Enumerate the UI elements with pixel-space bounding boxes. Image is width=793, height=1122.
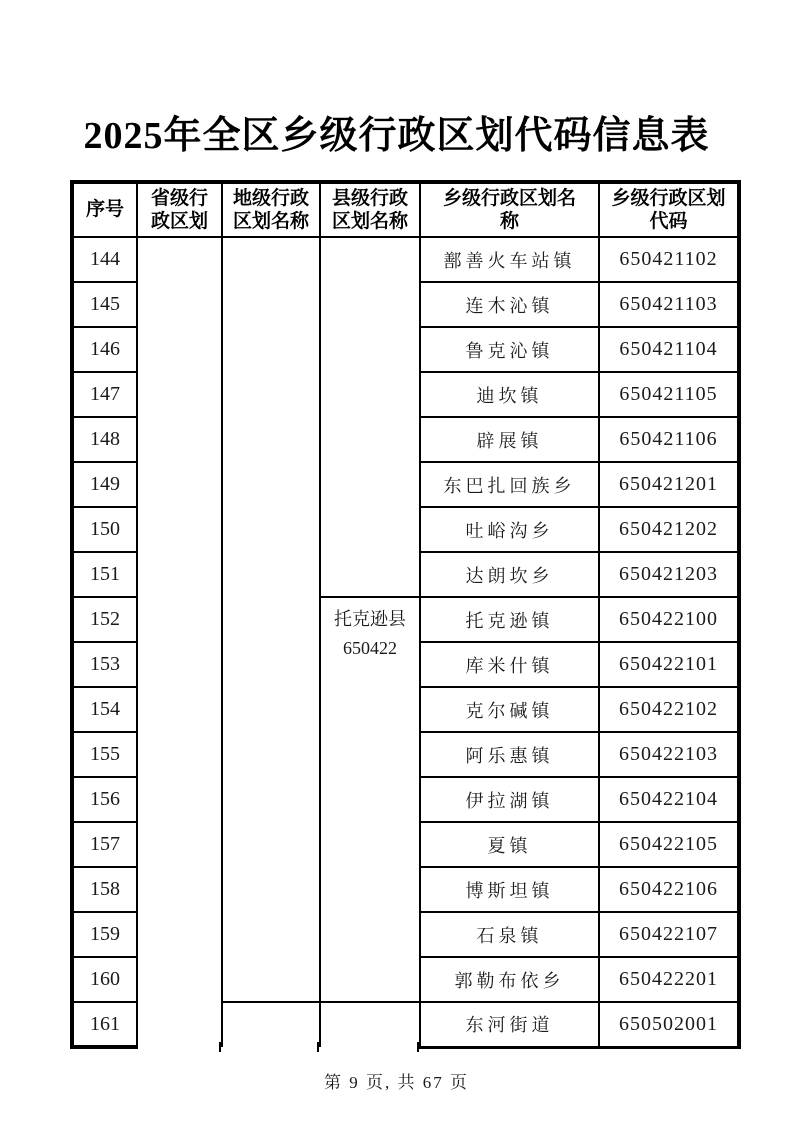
- serial-cell: 154: [72, 687, 137, 732]
- serial-cell: 155: [72, 732, 137, 777]
- table-row: 144鄯善火车站镇650421102: [72, 237, 739, 282]
- township-name-cell: 迪坎镇: [420, 372, 599, 417]
- serial-cell: 152: [72, 597, 137, 642]
- serial-cell: 153: [72, 642, 137, 687]
- township-code-cell: 650422105: [599, 822, 739, 867]
- serial-cell: 146: [72, 327, 137, 372]
- township-code-cell: 650422107: [599, 912, 739, 957]
- serial-cell: 160: [72, 957, 137, 1002]
- township-name-cell: 辟展镇: [420, 417, 599, 462]
- header-row: 序号 省级行 政区划 地级行政 区划名称 县级行政 区划名称 乡级行政区划名 称…: [72, 182, 739, 237]
- township-name-cell: 东巴扎回族乡: [420, 462, 599, 507]
- township-code-cell: 650421202: [599, 507, 739, 552]
- township-code-cell: 650421103: [599, 282, 739, 327]
- township-code-cell: 650421105: [599, 372, 739, 417]
- serial-cell: 144: [72, 237, 137, 282]
- division-table: 序号 省级行 政区划 地级行政 区划名称 县级行政 区划名称 乡级行政区划名 称…: [70, 180, 741, 1049]
- township-code-cell: 650422100: [599, 597, 739, 642]
- header-township-name: 乡级行政区划名 称: [420, 182, 599, 237]
- township-code-cell: 650422201: [599, 957, 739, 1002]
- document-page: 2025年全区乡级行政区划代码信息表 序号 省级行 政区划 地级行政 区划名称 …: [0, 0, 793, 1122]
- table-body: 144鄯善火车站镇650421102145连木沁镇650421103146鲁克沁…: [72, 237, 739, 1047]
- serial-cell: 148: [72, 417, 137, 462]
- prefecture-cell: [222, 237, 320, 1002]
- county-cell: 托克逊县650422: [320, 597, 420, 1002]
- pagebreak-line-stub: [219, 1042, 221, 1052]
- serial-cell: 161: [72, 1002, 137, 1047]
- township-code-cell: 650421102: [599, 237, 739, 282]
- township-code-cell: 650421104: [599, 327, 739, 372]
- township-name-cell: 鲁克沁镇: [420, 327, 599, 372]
- header-province: 省级行 政区划: [137, 182, 222, 237]
- county-cell-code: 650422: [321, 634, 419, 663]
- township-code-cell: 650422102: [599, 687, 739, 732]
- township-name-cell: 鄯善火车站镇: [420, 237, 599, 282]
- township-code-cell: 650421106: [599, 417, 739, 462]
- township-name-cell: 东河街道: [420, 1002, 599, 1047]
- province-cell: [137, 237, 222, 1047]
- table-header: 序号 省级行 政区划 地级行政 区划名称 县级行政 区划名称 乡级行政区划名 称…: [72, 182, 739, 237]
- township-name-cell: 伊拉湖镇: [420, 777, 599, 822]
- township-code-cell: 650422101: [599, 642, 739, 687]
- serial-cell: 147: [72, 372, 137, 417]
- serial-cell: 151: [72, 552, 137, 597]
- township-name-cell: 托克逊镇: [420, 597, 599, 642]
- pagebreak-line-stub: [417, 1042, 419, 1052]
- township-name-cell: 克尔碱镇: [420, 687, 599, 732]
- serial-cell: 157: [72, 822, 137, 867]
- serial-cell: 156: [72, 777, 137, 822]
- township-name-cell: 郭勒布依乡: [420, 957, 599, 1002]
- township-name-cell: 吐峪沟乡: [420, 507, 599, 552]
- township-code-cell: 650421201: [599, 462, 739, 507]
- township-code-cell: 650502001: [599, 1002, 739, 1047]
- township-name-cell: 阿乐惠镇: [420, 732, 599, 777]
- county-cell-label: 托克逊县: [321, 605, 419, 634]
- township-code-cell: 650422103: [599, 732, 739, 777]
- header-county: 县级行政 区划名称: [320, 182, 420, 237]
- serial-cell: 149: [72, 462, 137, 507]
- township-name-cell: 博斯坦镇: [420, 867, 599, 912]
- township-name-cell: 石泉镇: [420, 912, 599, 957]
- page-title: 2025年全区乡级行政区划代码信息表: [0, 104, 793, 159]
- township-code-cell: 650422104: [599, 777, 739, 822]
- township-name-cell: 库米什镇: [420, 642, 599, 687]
- township-code-cell: 650422106: [599, 867, 739, 912]
- township-name-cell: 夏镇: [420, 822, 599, 867]
- division-table-wrap: 序号 省级行 政区划 地级行政 区划名称 县级行政 区划名称 乡级行政区划名 称…: [70, 180, 741, 1049]
- township-name-cell: 达朗坎乡: [420, 552, 599, 597]
- prefecture-cell: [222, 1002, 320, 1047]
- header-township-code: 乡级行政区划 代码: [599, 182, 739, 237]
- header-prefecture: 地级行政 区划名称: [222, 182, 320, 237]
- serial-cell: 150: [72, 507, 137, 552]
- pagebreak-line-stub: [317, 1042, 319, 1052]
- serial-cell: 145: [72, 282, 137, 327]
- county-cell: [320, 1002, 420, 1047]
- page-number-footer: 第 9 页, 共 67 页: [0, 1068, 793, 1093]
- header-serial: 序号: [72, 182, 137, 237]
- township-name-cell: 连木沁镇: [420, 282, 599, 327]
- serial-cell: 158: [72, 867, 137, 912]
- township-code-cell: 650421203: [599, 552, 739, 597]
- county-cell: [320, 237, 420, 597]
- serial-cell: 159: [72, 912, 137, 957]
